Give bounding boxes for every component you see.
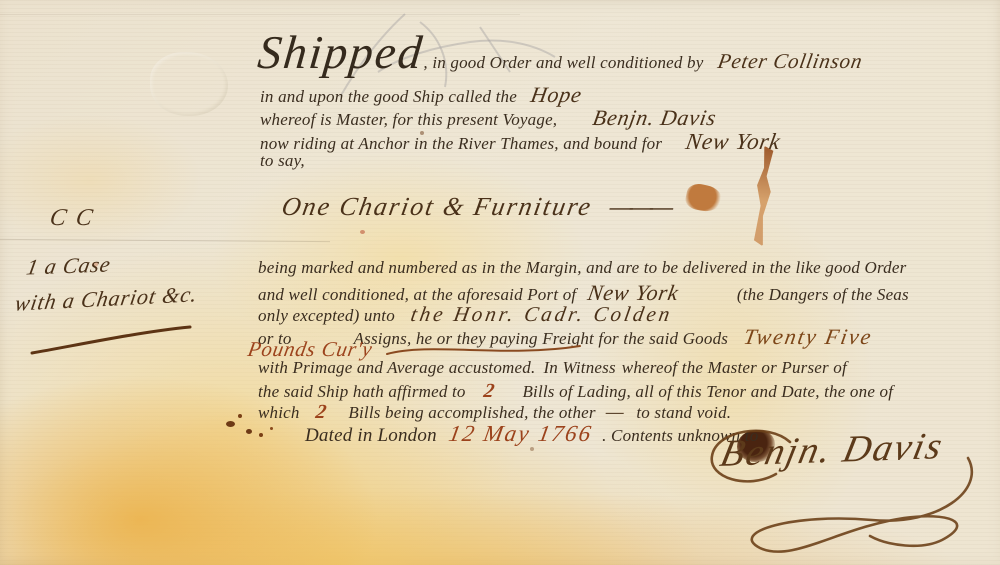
to-say-line: to say, — [260, 151, 305, 171]
printed-text: Bills being accomplished, the other — [348, 403, 595, 423]
master-line: whereof is Master, for this present Voya… — [260, 105, 717, 131]
ink-spatter — [259, 433, 263, 437]
printed-text: whereof is Master, for this present Voya… — [260, 110, 557, 130]
printed-text: Bills of Lading, all of this Tenor and D… — [522, 382, 893, 402]
in-witness-text: In Witness — [543, 358, 615, 378]
printed-text: with Primage and Average accustomed. — [258, 358, 535, 378]
opening-line: Shipped, in good Order and well conditio… — [258, 30, 862, 77]
printed-text: to say, — [260, 151, 305, 171]
printed-text: whereof the Master or Purser of — [622, 358, 847, 378]
ink-spatter — [530, 447, 534, 451]
terms-line-6: with Primage and Average accustomed. In … — [258, 358, 847, 378]
printed-text: now riding at Anchor in the River Thames… — [260, 134, 662, 154]
date-value: 12 May 1766 — [446, 421, 594, 447]
document-scan: CC 1 a Case with a Chariot &c. Shipped, … — [0, 0, 1000, 565]
opening-word: Shipped — [256, 30, 426, 77]
margin-flourish — [28, 322, 198, 357]
dated-printed-text: Dated in London — [305, 425, 437, 447]
printed-text: only excepted) unto — [258, 306, 395, 326]
cargo-dash: ——— — [607, 192, 673, 222]
printed-text: being marked and numbered as in the Marg… — [258, 258, 906, 278]
destination-name: New York — [684, 129, 783, 155]
master-name: Benjn. Davis — [591, 105, 719, 131]
fox-spot — [360, 230, 365, 234]
signature-flourish — [690, 420, 995, 560]
printed-text: in and upon the good Ship called the — [260, 87, 517, 107]
ink-spatter — [226, 421, 235, 427]
cargo-line: One Chariot & Furniture ——— — [282, 192, 670, 222]
terms-line-7: the said Ship hath affirmed to 2 Bills o… — [258, 380, 893, 403]
shipper-name: Peter Collinson — [715, 49, 864, 74]
opening-printed-text: , in good Order and well conditioned by — [423, 53, 703, 73]
embossed-seal — [150, 52, 228, 116]
ink-spatter — [246, 429, 252, 434]
printed-text: (the Dangers of the Seas — [737, 285, 909, 305]
terms-line-1: being marked and numbered as in the Marg… — [258, 258, 906, 278]
printed-text: which — [258, 403, 300, 423]
destination-line: now riding at Anchor in the River Thames… — [260, 129, 781, 155]
cargo-description: One Chariot & Furniture — [279, 192, 594, 222]
printed-text: the said Ship hath affirmed to — [258, 382, 466, 402]
ink-spatter — [270, 427, 273, 430]
freight-swash — [385, 340, 585, 360]
margin-mark: CC — [48, 205, 105, 232]
margin-note-quantity: 1 a Case — [24, 252, 113, 281]
ink-spatter — [238, 414, 242, 418]
bills-count: 2 — [482, 380, 497, 403]
freight-amount: Twenty Five — [742, 324, 875, 350]
